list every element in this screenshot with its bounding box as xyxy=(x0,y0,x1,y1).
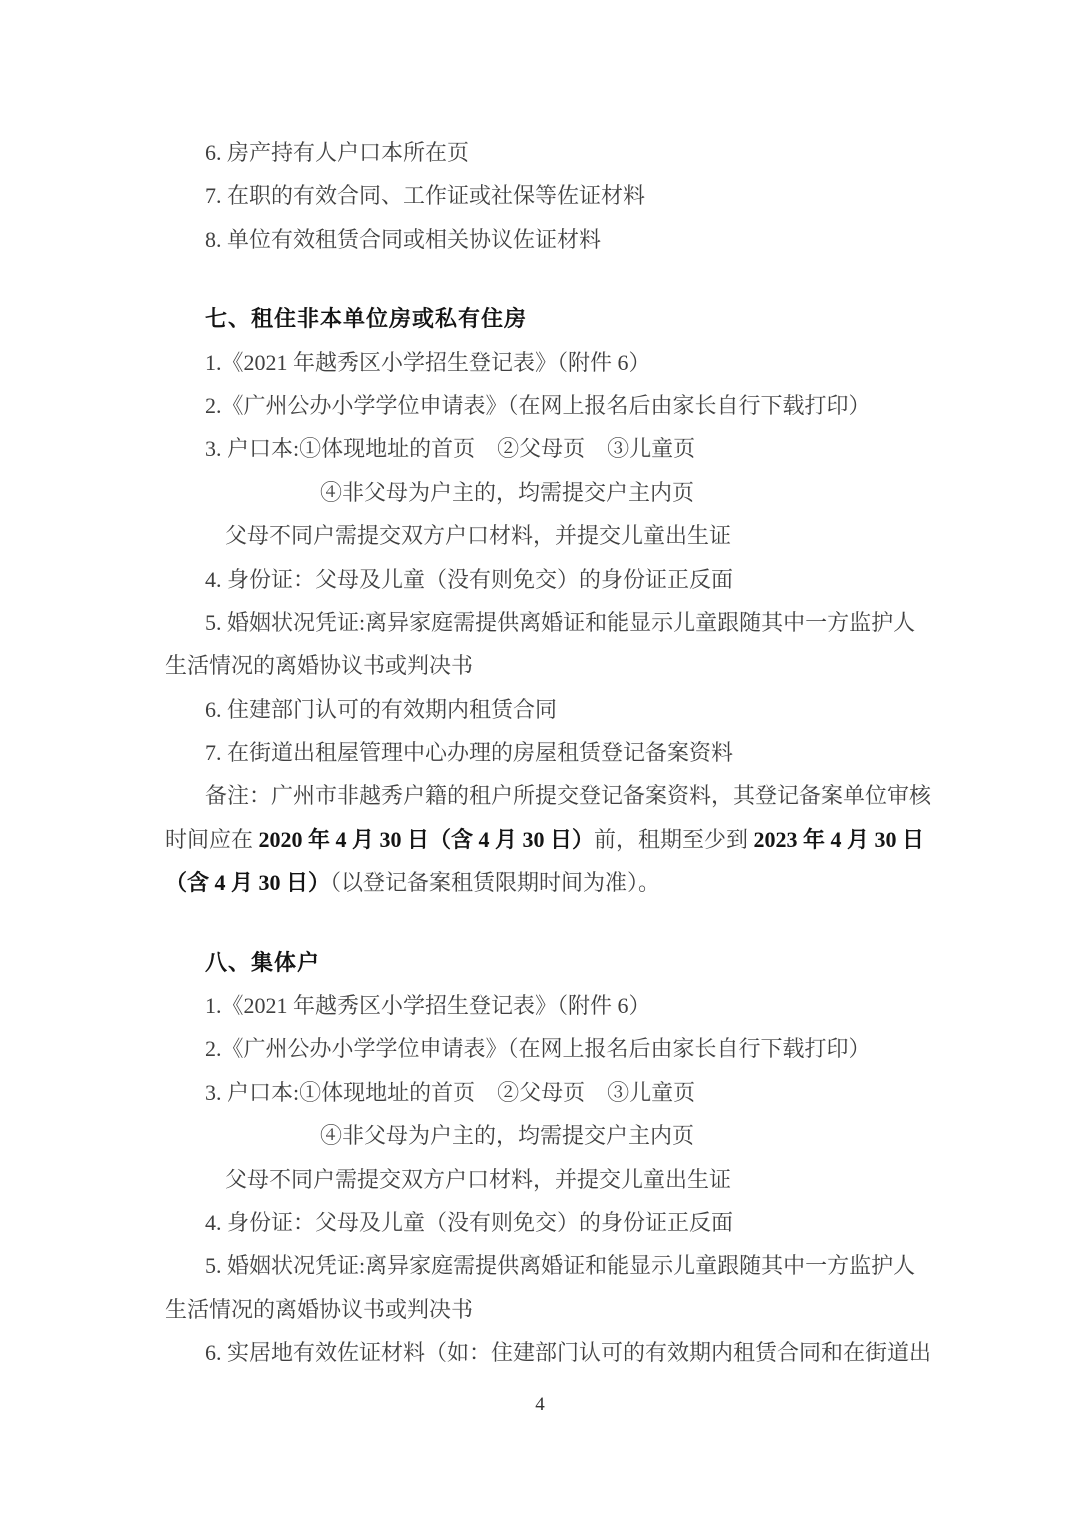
remark-bold-date: 2020 年 4 月 30 日（含 4 月 30 日） xyxy=(259,827,595,852)
list-item-continuation: 生活情况的离婚协议书或判决书 xyxy=(165,644,915,687)
remark-text: 前，租期至少到 xyxy=(594,827,754,852)
list-item: 2.《广州公办小学学位申请表》（在网上报名后由家长自行下载打印） xyxy=(165,1027,915,1070)
list-item: 7. 在街道出租屋管理中心办理的房屋租赁登记备案资料 xyxy=(165,731,915,774)
remark-bold-date: （含 4 月 30 日） xyxy=(165,870,330,895)
remark-bold-date: 2023 年 4 月 30 日 xyxy=(754,827,925,852)
document-page: 6. 房产持有人户口本所在页 7. 在职的有效合同、工作证或社保等佐证材料 8.… xyxy=(0,0,1080,1375)
list-item: 6. 实居地有效佐证材料（如：住建部门认可的有效期内租赁合同和在街道出 xyxy=(165,1331,915,1374)
list-item: 3. 户口本:①体现地址的首页 ②父母页 ③儿童页 xyxy=(165,427,915,470)
list-item: 1.《2021 年越秀区小学招生登记表》（附件 6） xyxy=(165,341,915,384)
remark-text: 时间应在 xyxy=(165,827,259,852)
list-item: 4. 身份证：父母及儿童（没有则免交）的身份证正反面 xyxy=(165,1201,915,1244)
list-item: 5. 婚姻状况凭证:离异家庭需提供离婚证和能显示儿童跟随其中一方监护人 xyxy=(165,1244,915,1287)
section-eight-heading: 八、集体户 xyxy=(165,941,915,984)
remark-line: （含 4 月 30 日）（以登记备案租赁限期时间为准）。 xyxy=(165,861,915,904)
list-item: 6. 房产持有人户口本所在页 xyxy=(165,131,915,174)
list-item: 2.《广州公办小学学位申请表》（在网上报名后由家长自行下载打印） xyxy=(165,384,915,427)
list-item: 7. 在职的有效合同、工作证或社保等佐证材料 xyxy=(165,174,915,217)
list-note-line: 父母不同户需提交双方户口材料，并提交儿童出生证 xyxy=(165,514,915,557)
section-seven-heading: 七、租住非本单位房或私有住房 xyxy=(165,297,915,340)
list-item: 3. 户口本:①体现地址的首页 ②父母页 ③儿童页 xyxy=(165,1071,915,1114)
list-subitem: ④非父母为户主的，均需提交户主内页 xyxy=(165,1114,915,1157)
list-item: 8. 单位有效租赁合同或相关协议佐证材料 xyxy=(165,218,915,261)
list-item: 1.《2021 年越秀区小学招生登记表》（附件 6） xyxy=(165,984,915,1027)
remark-line: 时间应在 2020 年 4 月 30 日（含 4 月 30 日）前，租期至少到 … xyxy=(165,818,915,861)
list-item-continuation: 生活情况的离婚协议书或判决书 xyxy=(165,1288,915,1331)
remark-line: 备注：广州市非越秀户籍的租户所提交登记备案资料，其登记备案单位审核 xyxy=(165,774,915,817)
remark-text: （以登记备案租赁限期时间为准）。 xyxy=(330,870,660,895)
list-item: 6. 住建部门认可的有效期内租赁合同 xyxy=(165,688,915,731)
list-item: 5. 婚姻状况凭证:离异家庭需提供离婚证和能显示儿童跟随其中一方监护人 xyxy=(165,601,915,644)
page-number: 4 xyxy=(0,1392,1080,1418)
list-note-line: 父母不同户需提交双方户口材料，并提交儿童出生证 xyxy=(165,1158,915,1201)
list-subitem: ④非父母为户主的，均需提交户主内页 xyxy=(165,471,915,514)
list-item: 4. 身份证：父母及儿童（没有则免交）的身份证正反面 xyxy=(165,558,915,601)
